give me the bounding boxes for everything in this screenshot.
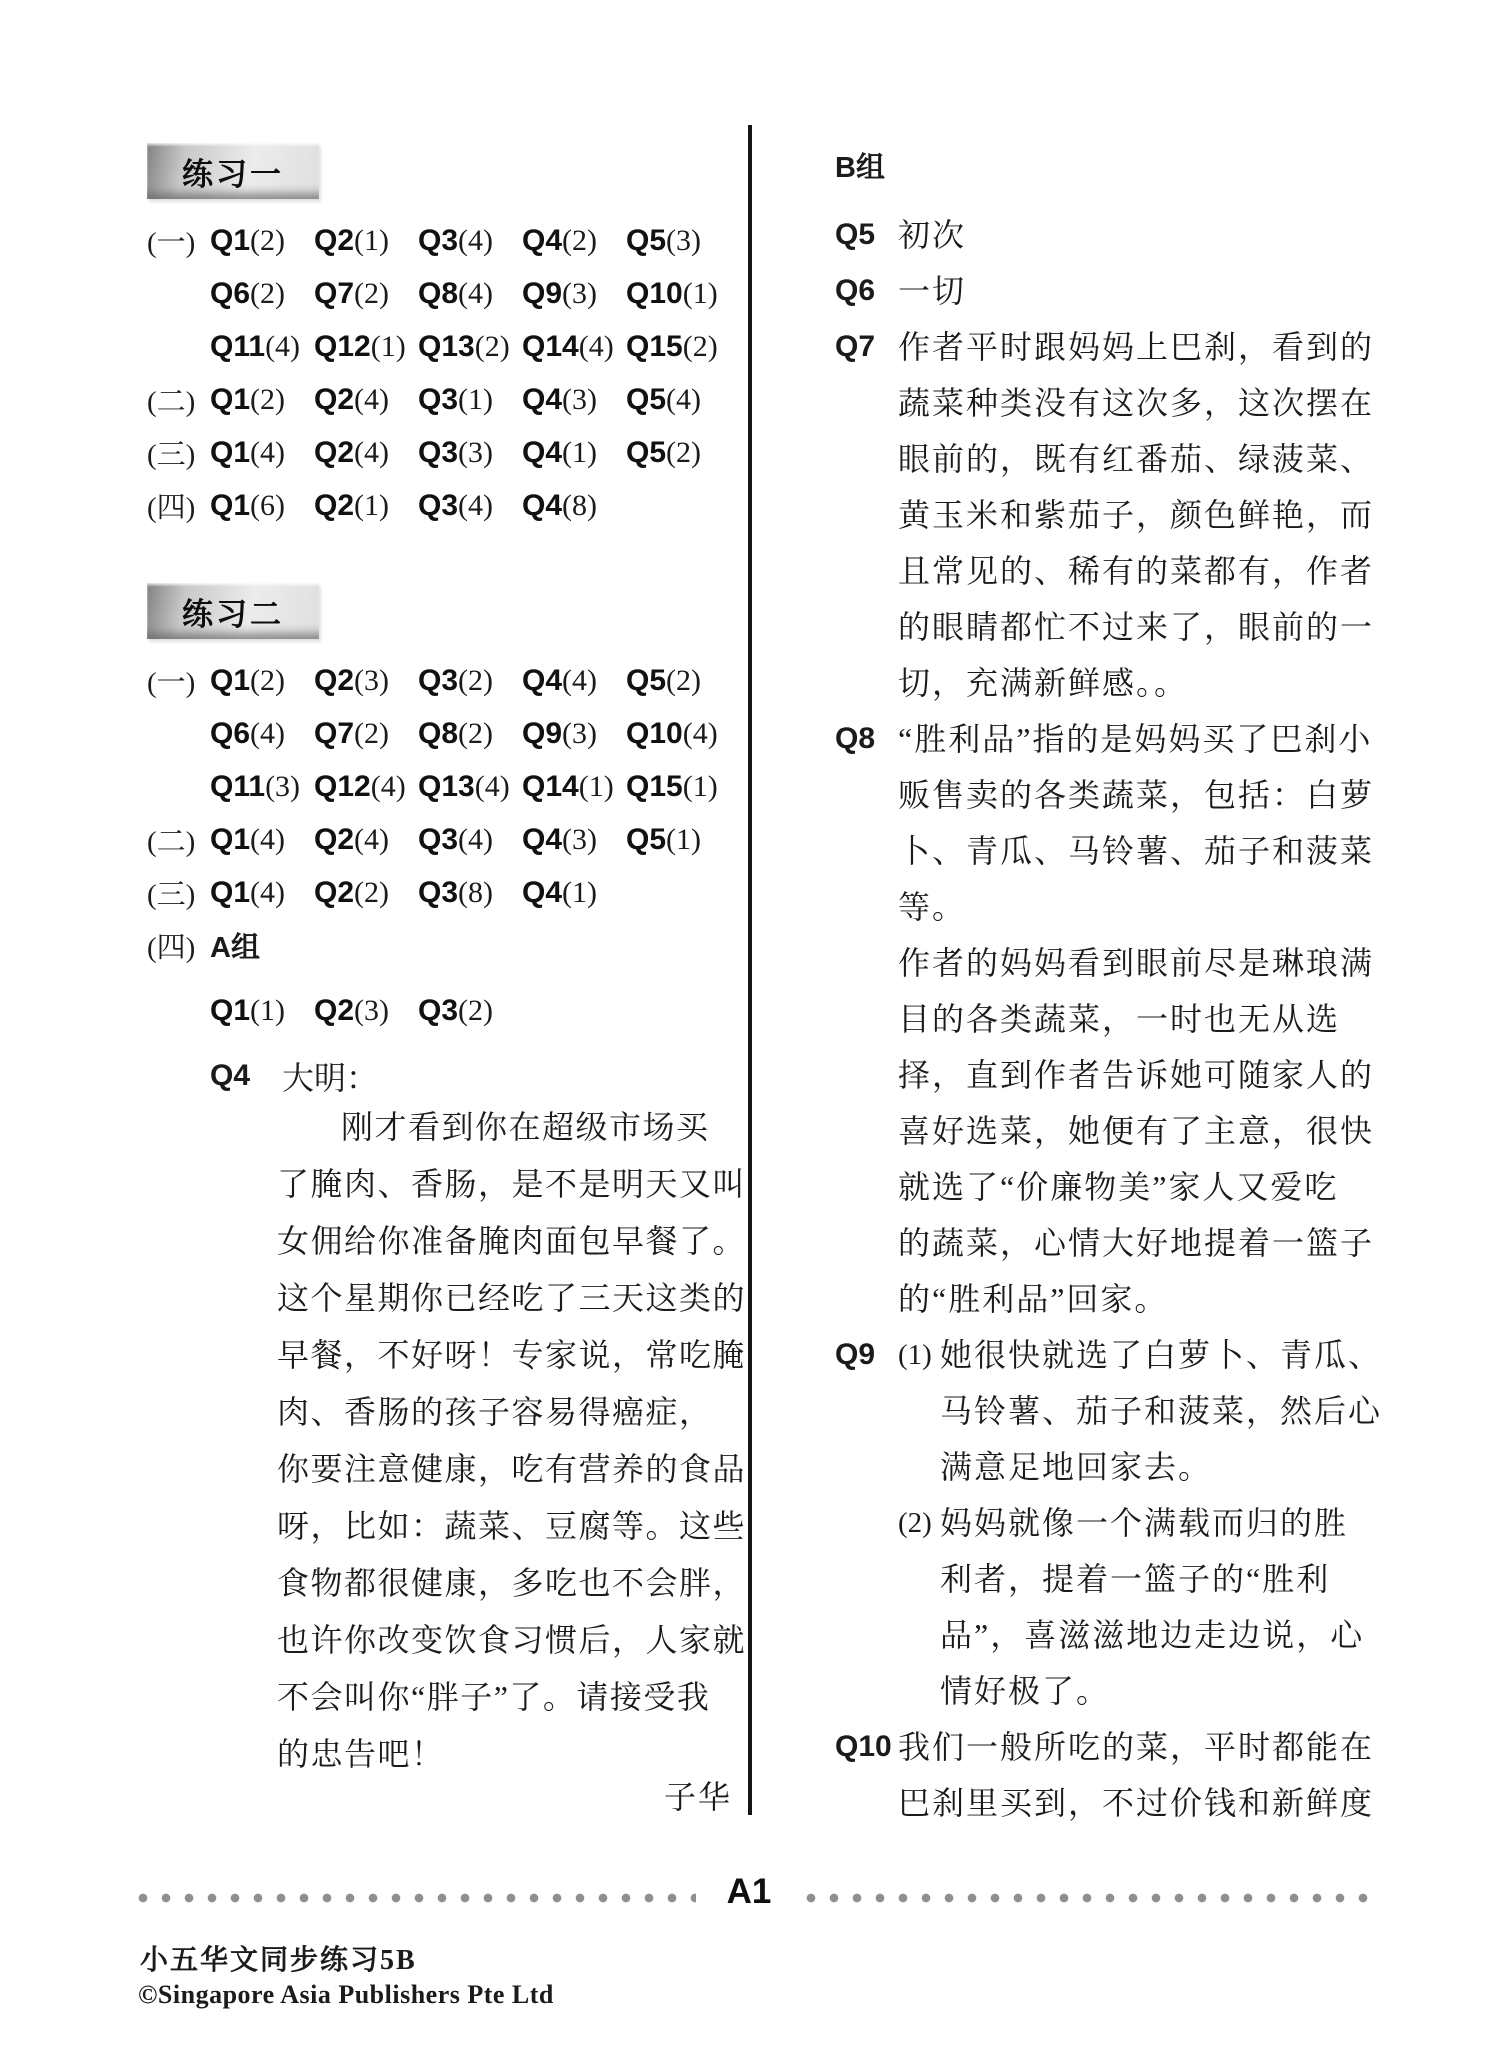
answer-item-q8: Q8 “胜利品”指的是妈妈买了巴刹小 贩售卖的各类蔬菜，包括：白萝 卜、青瓜、马… [835,711,1401,1327]
answer-cell: Q3(1) [418,383,522,417]
answer-cell: Q14(1) [522,770,626,804]
exercise1-title: 练习一 [182,149,284,194]
sub-answer-number: (2) [898,1495,940,1719]
answer-line: 巴刹里买到，不过价钱和新鲜度 [898,1775,1401,1831]
answer-cell: Q12(4) [314,770,418,804]
answer-row: Q11(3) Q12(4) Q13(4) Q14(1) Q15(1) [147,760,732,813]
section-marker: (一) [147,660,210,701]
answer-row: (四) Q1(6) Q2(1) Q3(4) Q4(8) [147,479,732,532]
answer-line: 初次 [898,207,1401,263]
answer-cell: Q13(4) [418,770,522,804]
answer-cell: Q2(1) [314,224,418,258]
exercise2-header: 练习二 [147,583,319,639]
exercise1-answer-grid: (一) Q1(2) Q2(1) Q3(4) Q4(2) Q5(3) Q6(2) … [147,214,732,532]
answer-row: (二) Q1(2) Q2(4) Q3(1) Q4(3) Q5(4) [147,373,732,426]
group-b-label: B组 [835,145,1401,185]
sub-answer-number: (1) [898,1327,940,1495]
question-label: Q6 [835,263,898,319]
answer-item-q6: Q6 一切 [835,263,1401,319]
footer-copyright: ©Singapore Asia Publishers Pte Ltd [138,1980,554,2010]
answer-cell: Q4(4) [522,664,626,698]
answer-text: 我们一般所吃的菜，平时都能在 巴刹里买到，不过价钱和新鲜度 [898,1719,1401,1831]
answer-cell: Q1(6) [210,489,314,523]
answer-row: (三) Q1(4) Q2(2) Q3(8) Q4(1) [147,866,732,919]
exercise1-header: 练习一 [147,143,319,199]
group-a-label: A组 [210,925,314,966]
answer-row: (一) Q1(2) Q2(1) Q3(4) Q4(2) Q5(3) [147,214,732,267]
answer-line: 的“胜利品”回家。 [898,1271,1401,1327]
sub-answer-text: 妈妈就像一个满载而归的胜 利者，提着一篮子的“胜利 品”，喜滋滋地边走边说，心 … [940,1495,1401,1719]
workbook-answer-page: { "exercise1": { "title": "练习一", "rows":… [0,0,1500,2051]
question-label: Q9 [835,1327,898,1719]
answer-line: 利者，提着一篮子的“胜利 [940,1551,1401,1607]
answer-cell: Q12(1) [314,330,418,364]
sub-answer-text: 她很快就选了白萝卜、青瓜、 马铃薯、茄子和菠菜，然后心 满意足地回家去。 [940,1327,1401,1495]
answer-cell: Q8(2) [418,717,522,751]
answer-cell: Q3(3) [418,436,522,470]
answer-cell: Q2(1) [314,489,418,523]
answer-cell: Q1(1) [210,994,314,1028]
answer-text: 作者平时跟妈妈上巴刹，看到的 蔬菜种类没有这次多，这次摆在 眼前的，既有红番茄、… [898,319,1401,711]
answer-cell: Q3(8) [418,876,522,910]
answer-cell: Q13(2) [418,330,522,364]
answer-line: 就选了“价廉物美”家人又爱吃 [898,1159,1401,1215]
letter-line: 刚才看到你在超级市场买 [277,1099,717,1156]
answer-cell: Q2(4) [314,823,418,857]
answer-line: 喜好选菜，她便有了主意，很快 [898,1103,1401,1159]
answer-cell: Q2(3) [314,994,418,1028]
answer-cell: Q15(2) [626,330,730,364]
answer-cell: Q4(3) [522,823,626,857]
answer-cell: Q3(4) [418,823,522,857]
answer-cell: Q2(4) [314,436,418,470]
answer-line: 切，充满新鲜感。。 [898,655,1401,711]
answer-cell: Q3(4) [418,489,522,523]
answer-cell: Q11(3) [210,770,314,804]
answer-line: 马铃薯、茄子和菠菜，然后心 [940,1383,1401,1439]
answer-line: 作者的妈妈看到眼前尽是琳琅满 [898,935,1401,991]
exercise2-answer-grid: (一) Q1(2) Q2(3) Q3(2) Q4(4) Q5(2) Q6(4) … [147,654,732,1102]
answer-row: Q6(4) Q7(2) Q8(2) Q9(3) Q10(4) [147,707,732,760]
group-a-row: (四) A组 [147,919,732,972]
answer-line: 眼前的，既有红番茄、绿菠菜、 [898,431,1401,487]
answer-cell: Q4(2) [522,224,626,258]
answer-line: 一切 [898,263,1401,319]
answer-text: (1) 她很快就选了白萝卜、青瓜、 马铃薯、茄子和菠菜，然后心 满意足地回家去。… [898,1327,1401,1719]
answer-cell: Q2(4) [314,383,418,417]
q4-label: Q4 [210,1059,282,1093]
answer-cell: Q9(3) [522,717,626,751]
answer-line: 她很快就选了白萝卜、青瓜、 [940,1327,1401,1383]
answer-cell: Q7(2) [314,277,418,311]
answer-cell: Q9(3) [522,277,626,311]
answer-line: 妈妈就像一个满载而归的胜 [940,1495,1401,1551]
letter-line: 你要注意健康，吃有营养的食品 [277,1441,717,1498]
answer-cell: Q1(2) [210,383,314,417]
footer-dotted-rule-right [806,1892,1378,1904]
answer-cell: Q4(3) [522,383,626,417]
answer-cell: Q14(4) [522,330,626,364]
answer-cell: Q10(1) [626,277,730,311]
answer-cell: Q6(2) [210,277,314,311]
answer-cell: Q5(1) [626,823,730,857]
answer-cell: Q3(2) [418,664,522,698]
question-label: Q5 [835,207,898,263]
letter-line: 也许你改变饮食习惯后，人家就 [277,1612,717,1669]
answer-line: 目的各类蔬菜，一时也无从选 [898,991,1401,1047]
answer-line: 满意足地回家去。 [940,1439,1401,1495]
letter-line: 的忠告吧！ [277,1726,717,1783]
section-marker: (四) [147,485,210,526]
question-label: Q8 [835,711,898,1327]
answer-item-q7: Q7 作者平时跟妈妈上巴刹，看到的 蔬菜种类没有这次多，这次摆在 眼前的，既有红… [835,319,1401,711]
answer-row: (一) Q1(2) Q2(3) Q3(2) Q4(4) Q5(2) [147,654,732,707]
answer-line: 卜、青瓜、马铃薯、茄子和菠菜 [898,823,1401,879]
letter-addressee: 大明： [282,1053,378,1099]
answer-cell: Q5(2) [626,436,730,470]
column-divider [748,125,752,1815]
answer-cell: Q2(2) [314,876,418,910]
answer-line: 择，直到作者告诉她可随家人的 [898,1047,1401,1103]
answer-cell: Q3(2) [418,994,522,1028]
answer-line: 品”，喜滋滋地边走边说，心 [940,1607,1401,1663]
answer-cell: Q8(4) [418,277,522,311]
answer-cell: Q4(1) [522,436,626,470]
answer-cell: Q1(4) [210,876,314,910]
answer-cell: Q10(4) [626,717,730,751]
sub-answer-1: (1) 她很快就选了白萝卜、青瓜、 马铃薯、茄子和菠菜，然后心 满意足地回家去。 [898,1327,1401,1495]
group-b-section: B组 Q5 初次 Q6 一切 Q7 作者平时跟妈妈上巴刹，看到的 蔬菜种类没有这… [835,145,1401,1831]
section-marker: (三) [147,432,210,473]
answer-cell: Q1(4) [210,436,314,470]
answer-line: 且常见的、稀有的菜都有，作者 [898,543,1401,599]
answer-line: 作者平时跟妈妈上巴刹，看到的 [898,319,1401,375]
answer-cell: Q4(1) [522,876,626,910]
section-marker: (一) [147,220,210,261]
answer-row: (二) Q1(4) Q2(4) Q3(4) Q4(3) Q5(1) [147,813,732,866]
answer-cell: Q6(4) [210,717,314,751]
answer-line: 贩售卖的各类蔬菜，包括：白萝 [898,767,1401,823]
answer-line: 等。 [898,879,1401,935]
letter-line: 呀，比如：蔬菜、豆腐等。这些 [277,1498,717,1555]
exercise2-title: 练习二 [182,589,284,634]
answer-line: 我们一般所吃的菜，平时都能在 [898,1719,1401,1775]
page-number: A1 [712,1872,786,1912]
q4-letter-heading-row: Q4 大明： [147,1049,732,1102]
letter-line: 不会叫你“胖子”了。请接受我 [277,1669,717,1726]
answer-item-q9: Q9 (1) 她很快就选了白萝卜、青瓜、 马铃薯、茄子和菠菜，然后心 满意足地回… [835,1327,1401,1719]
question-label: Q10 [835,1719,898,1831]
letter-signature: 子华 [664,1772,732,1818]
answer-cell: Q4(8) [522,489,626,523]
letter-line: 这个星期你已经吃了三天这类的 [277,1270,717,1327]
answer-line: 黄玉米和紫茄子，颜色鲜艳，而 [898,487,1401,543]
answer-row: Q6(2) Q7(2) Q8(4) Q9(3) Q10(1) [147,267,732,320]
answer-text: 一切 [898,263,1401,319]
answer-line: “胜利品”指的是妈妈买了巴刹小 [898,711,1401,767]
section-marker: (二) [147,379,210,420]
section-marker: (二) [147,819,210,860]
section-marker: (三) [147,872,210,913]
model-letter: 刚才看到你在超级市场买 了腌肉、香肠，是不是明天又叫 女佣给你准备腌肉面包早餐了… [277,1099,717,1783]
answer-cell: Q5(4) [626,383,730,417]
answer-cell: Q15(1) [626,770,730,804]
answer-cell: Q1(2) [210,664,314,698]
answer-line: 的蔬菜，心情大好地提着一篮子 [898,1215,1401,1271]
answer-row: (三) Q1(4) Q2(4) Q3(3) Q4(1) Q5(2) [147,426,732,479]
section-marker: (四) [147,925,210,966]
letter-line: 了腌肉、香肠，是不是明天又叫 [277,1156,717,1213]
answer-item-q10: Q10 我们一般所吃的菜，平时都能在 巴刹里买到，不过价钱和新鲜度 [835,1719,1401,1831]
answer-row: Q11(4) Q12(1) Q13(2) Q14(4) Q15(2) [147,320,732,373]
answer-cell: Q1(4) [210,823,314,857]
answer-cell: Q2(3) [314,664,418,698]
letter-line: 食物都很健康，多吃也不会胖， [277,1555,717,1612]
letter-line: 肉、香肠的孩子容易得癌症， [277,1384,717,1441]
question-label: Q7 [835,319,898,711]
answer-text: “胜利品”指的是妈妈买了巴刹小 贩售卖的各类蔬菜，包括：白萝 卜、青瓜、马铃薯、… [898,711,1401,1327]
footer-series-title: 小五华文同步练习5B [140,1938,417,1978]
letter-line: 早餐，不好呀！专家说，常吃腌 [277,1327,717,1384]
letter-line: 女佣给你准备腌肉面包早餐了。 [277,1213,717,1270]
answer-item-q5: Q5 初次 [835,207,1401,263]
answer-text: 初次 [898,207,1401,263]
answer-line: 蔬菜种类没有这次多，这次摆在 [898,375,1401,431]
answer-cell: Q11(4) [210,330,314,364]
answer-cell: Q3(4) [418,224,522,258]
sub-answer-2: (2) 妈妈就像一个满载而归的胜 利者，提着一篮子的“胜利 品”，喜滋滋地边走边… [898,1495,1401,1719]
answer-cell: Q5(2) [626,664,730,698]
footer-dotted-rule-left [138,1892,696,1904]
answer-line: 的眼睛都忙不过来了，眼前的一 [898,599,1401,655]
answer-cell: Q1(2) [210,224,314,258]
answer-cell: Q5(3) [626,224,730,258]
answer-row: Q1(1) Q2(3) Q3(2) [147,984,732,1037]
answer-cell: Q7(2) [314,717,418,751]
answer-line: 情好极了。 [940,1663,1401,1719]
